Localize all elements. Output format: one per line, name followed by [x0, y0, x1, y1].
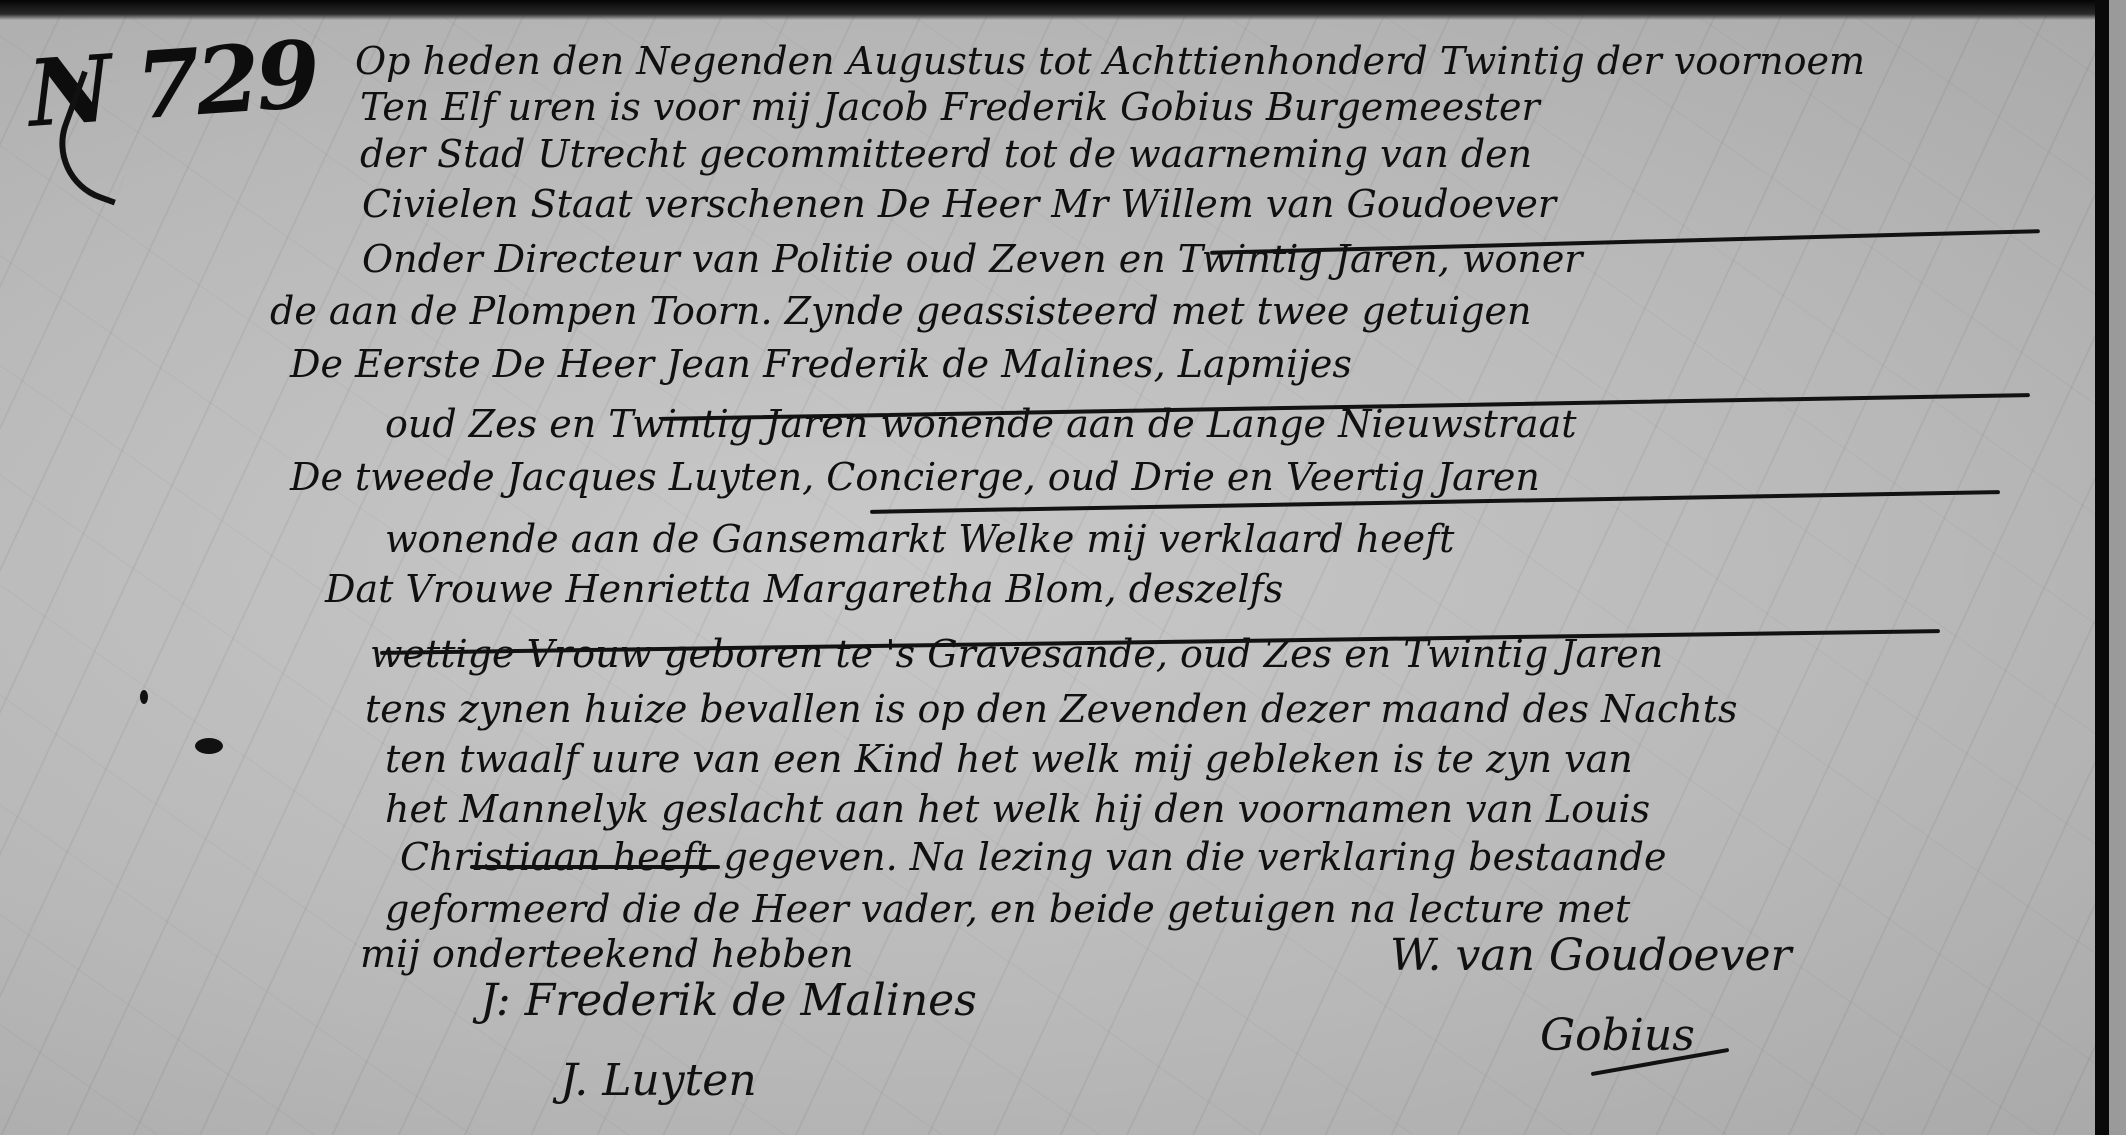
record-line: De Eerste De Heer Jean Frederik de Malin…	[290, 345, 1352, 383]
signature-declarant: W. van Goudoever	[1390, 930, 1792, 981]
page-top-edge	[0, 0, 2126, 20]
record-line: mij onderteekend hebben	[360, 935, 854, 973]
record-line: geformeerd die de Heer vader, en beide g…	[385, 890, 1630, 928]
ink-blot	[140, 690, 148, 704]
name-underline	[470, 865, 720, 869]
record-line: Christiaan heeft gegeven. Na lezing van …	[400, 838, 1666, 876]
record-line: der Stad Utrecht gecommitteerd tot de wa…	[360, 135, 1532, 173]
signature-official: Gobius	[1540, 1010, 1695, 1061]
record-line: de aan de Plompen Toorn. Zynde geassiste…	[270, 292, 1532, 330]
record-line: tens zynen huize bevallen is op den Zeve…	[365, 690, 1737, 728]
record-line: Ten Elf uren is voor mij Jacob Frederik …	[360, 88, 1540, 126]
record-line: Civielen Staat verschenen De Heer Mr Wil…	[362, 185, 1556, 223]
record-line: het Mannelyk geslacht aan het welk hij d…	[385, 790, 1650, 828]
record-line: Op heden den Negenden Augustus tot Achtt…	[355, 42, 1865, 80]
scanned-record-page: N 729 Op heden den Negenden Augustus tot…	[0, 0, 2126, 1135]
signature-witness-2: J. Luyten	[560, 1055, 757, 1106]
record-line: wonende aan de Gansemarkt Welke mij verk…	[385, 520, 1454, 558]
record-line: Dat Vrouwe Henrietta Margaretha Blom, de…	[325, 570, 1283, 608]
record-line: ten twaalf uure van een Kind het welk mi…	[385, 740, 1633, 778]
record-line: wettige Vrouw geboren te 's Gravesande, …	[370, 635, 1663, 673]
ink-blot	[195, 738, 223, 754]
record-line: De tweede Jacques Luyten, Concierge, oud…	[290, 458, 1540, 496]
next-page-strip	[2109, 0, 2126, 1135]
signature-witness-1: J: Frederik de Malines	[480, 975, 977, 1026]
binding-edge	[2095, 0, 2109, 1135]
